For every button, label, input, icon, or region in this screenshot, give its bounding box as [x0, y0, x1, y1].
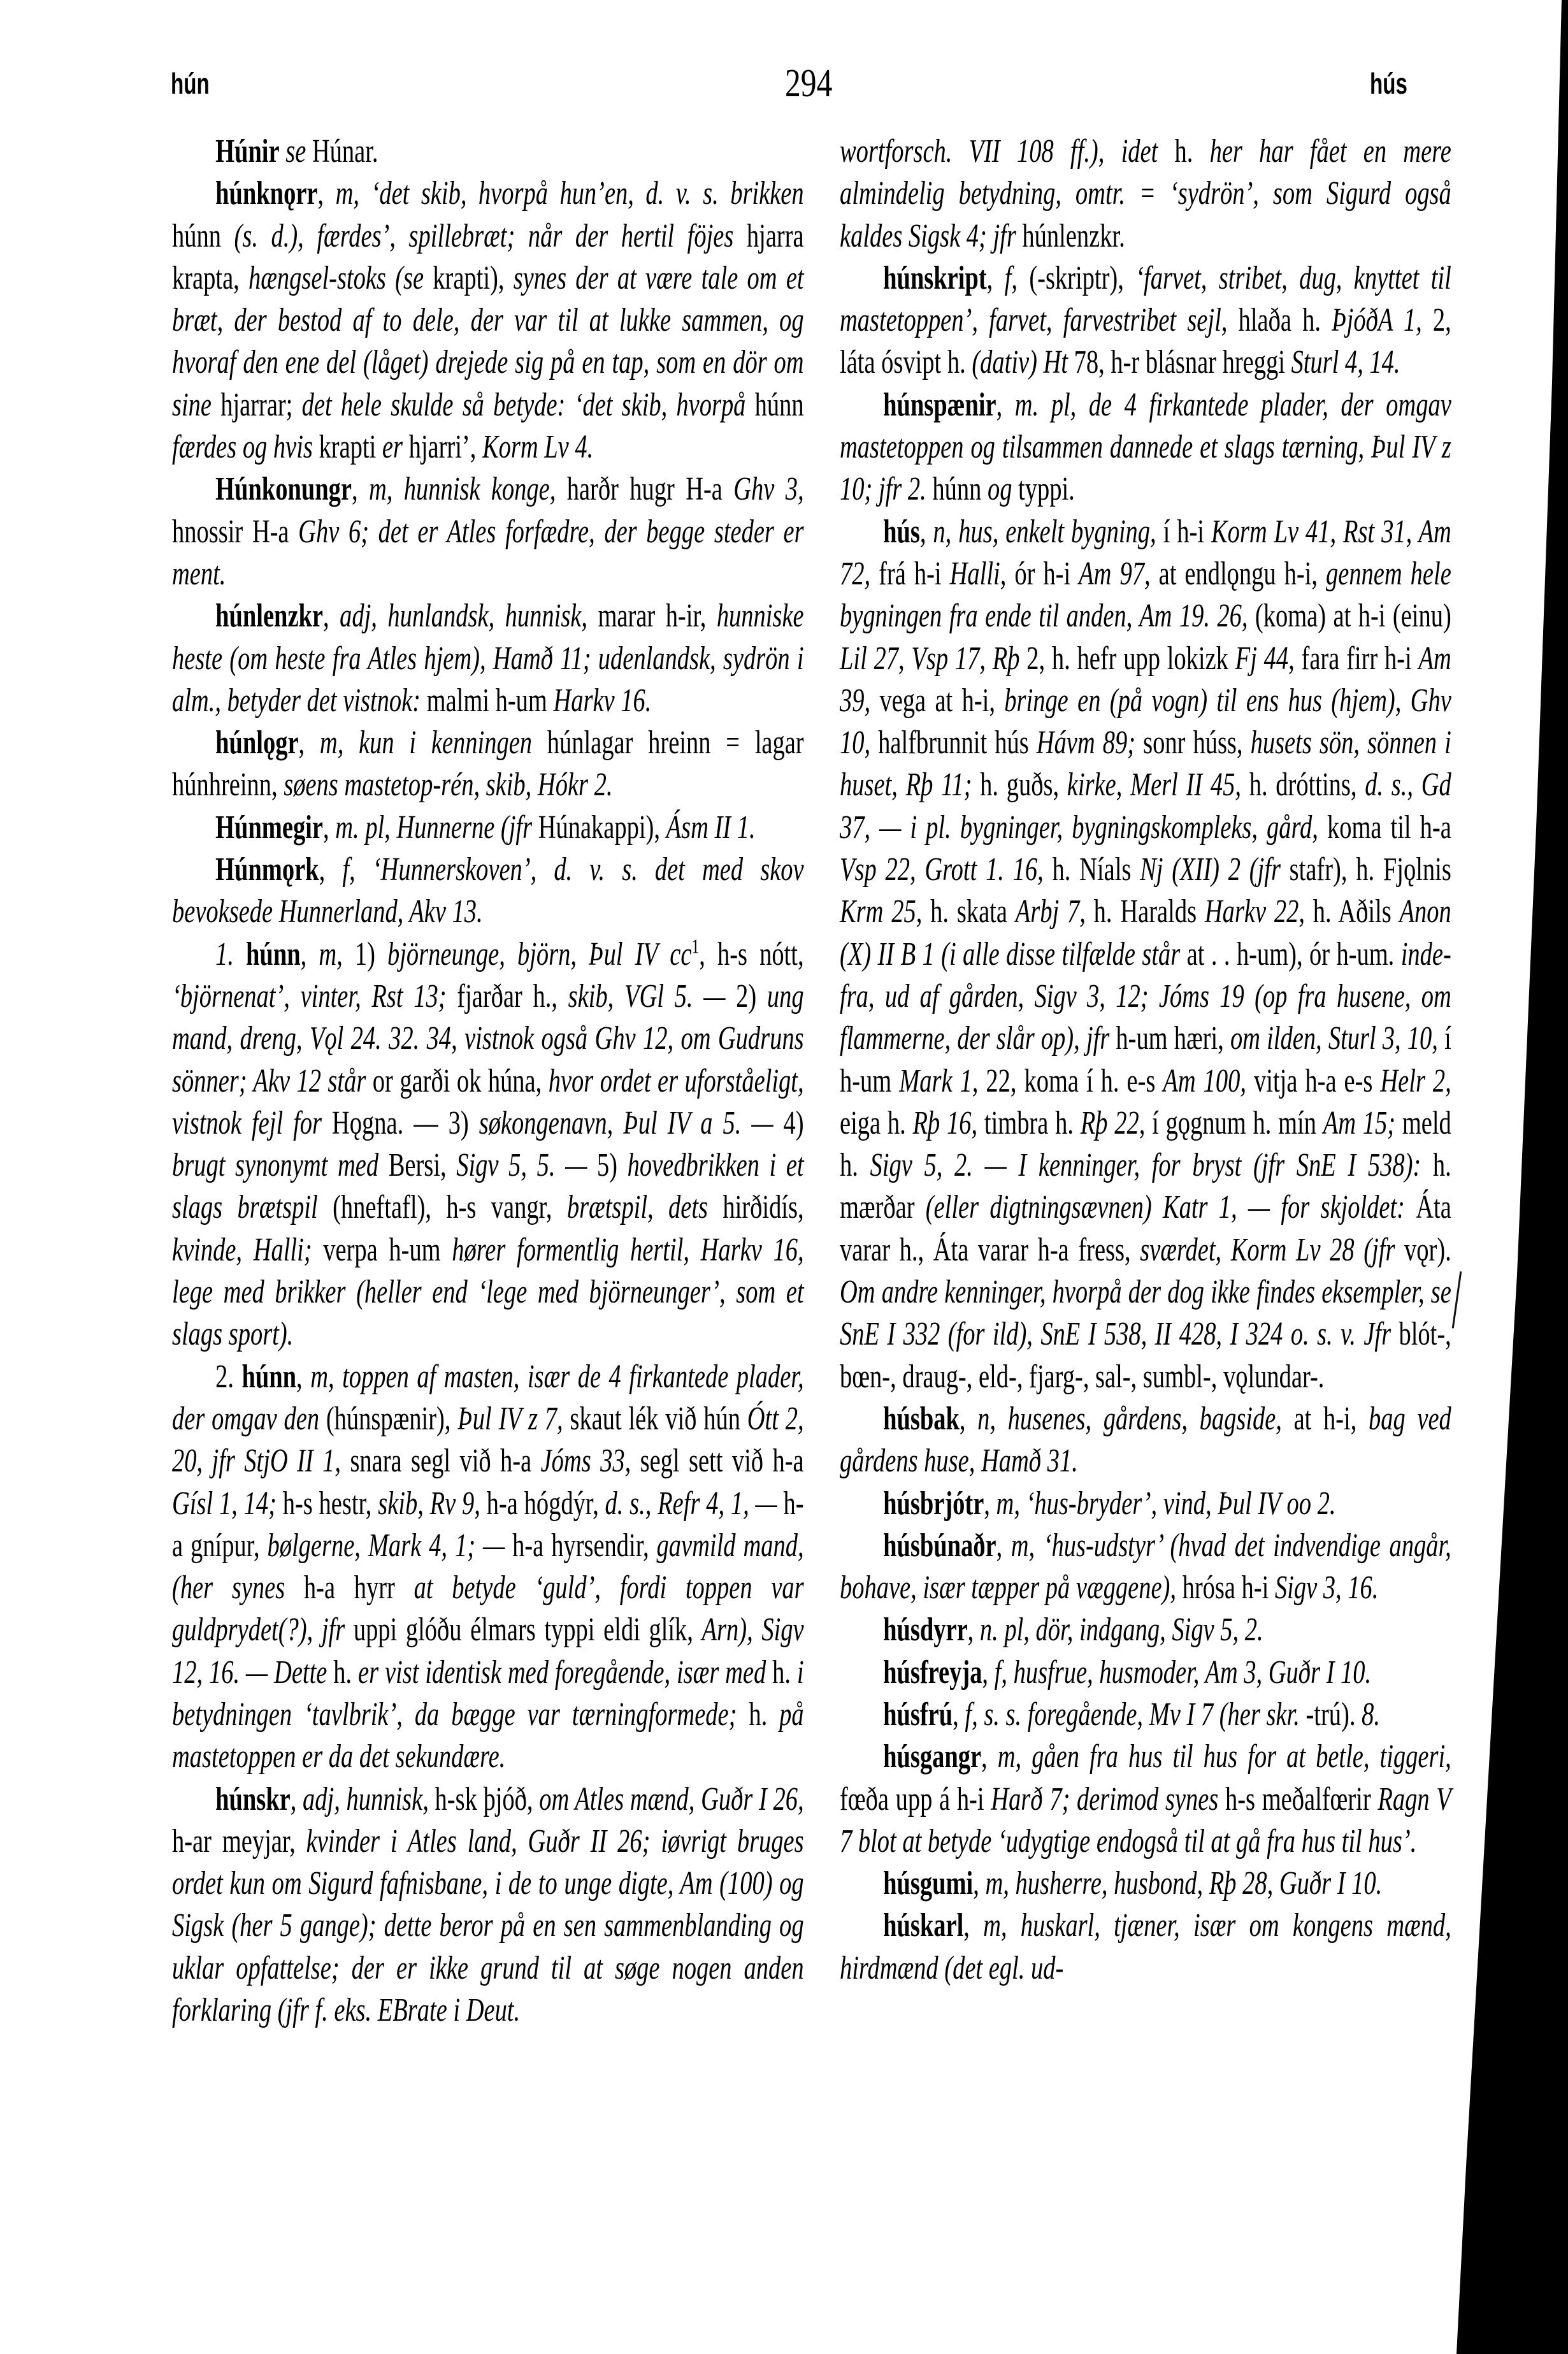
gloss-text: Rþ 22, — [1081, 1105, 1152, 1141]
citation-text: 5) — [597, 1147, 628, 1183]
gloss-text: Sigv 3, 16. — [1275, 1570, 1378, 1606]
citation-text: , — [317, 175, 335, 212]
citation-text: húnlenzkr. — [1022, 218, 1125, 254]
headword: húnspænir — [883, 387, 996, 423]
citation-text: hnossir H-a — [172, 514, 298, 550]
citation-text: , — [953, 1696, 965, 1733]
gloss-text: Krm 25, — [840, 893, 930, 930]
citation-text: verpa h-um — [323, 1232, 452, 1268]
gloss-text: er vist identisk med foregående, især me… — [358, 1654, 772, 1691]
gloss-text: (dativ) Ht — [972, 344, 1074, 380]
dictionary-entry: Húnmegir, m. pl, Hunnerne (jfr Húna­kapp… — [172, 807, 804, 849]
scan-page-edge — [1453, 0, 1568, 2354]
citation-text: , — [968, 1612, 980, 1648]
gloss-text: Am 97, — [1079, 556, 1158, 592]
citation-text: 2. — [215, 1359, 241, 1395]
gloss-text: om Atles mænd, Guðr I 26, — [539, 1781, 803, 1817]
headword: húnn — [241, 1359, 296, 1395]
gloss-text: Mark 1, — [899, 1063, 986, 1099]
headword: húsfreyja — [883, 1654, 982, 1691]
gloss-text: Nj (XII) 2 (jfr — [1140, 851, 1290, 888]
citation-text: , — [323, 598, 340, 634]
gloss-text: f, s. s. foregående, Mv I 7 (her skr. — [965, 1696, 1305, 1733]
citation-text: segl sett við h-a — [640, 1443, 804, 1479]
citation-text: h-a hyrsendir, — [512, 1527, 656, 1564]
dictionary-entry: húnlǫgr, m, kun i kenningen húnlagar hre… — [172, 722, 804, 807]
citation-text: húnn — [172, 218, 234, 254]
gloss-text: f, — [1005, 260, 1030, 296]
citation-text: sonr húss, — [1143, 725, 1250, 761]
gloss-text: 8. — [1362, 1696, 1380, 1733]
headword: Húnmǫrk — [215, 851, 319, 888]
headword: húnskr — [215, 1781, 291, 1817]
citation-text: h-ar meyjar, — [172, 1823, 306, 1859]
gloss-text: m, kun i kenningen — [320, 725, 547, 761]
headword: húnlenzkr — [215, 598, 323, 634]
gloss-text: m, — [319, 936, 355, 972]
dictionary-entry: húsgangr, m, gåen fra hus til hus for at… — [840, 1736, 1451, 1863]
citation-text: , — [323, 809, 335, 846]
left-column: Húnir se Húnar.húnknǫrr, m, ‘det skib, h… — [172, 131, 804, 2032]
citation-text: 2, h. hefr upp lokizk — [1026, 640, 1235, 677]
headword: húsbúnaðr — [883, 1527, 996, 1564]
citation-text: fjarðar h., — [457, 978, 568, 1015]
dictionary-entry: wortforsch. VII 108 ff.), idet h. her ha… — [840, 131, 1451, 257]
gloss-text: Sigv 5, 2. — I kenninger, for bryst (jfr… — [870, 1147, 1433, 1183]
gloss-text: 1. — [215, 936, 246, 972]
gloss-text: Rþ 16, — [912, 1105, 984, 1141]
citation-text: h. — [772, 1654, 797, 1691]
gloss-text: Harkv 22, — [1205, 893, 1313, 930]
citation-text: eiga h. — [840, 1105, 912, 1141]
citation-text: h-sk þjóð, — [435, 1781, 540, 1817]
citation-text: koma til h-a — [1327, 809, 1451, 846]
headword: húskarl — [883, 1907, 963, 1944]
citation-text: krapti), — [433, 260, 513, 296]
gloss-text: (s. d.), færdes’, spillebræt; når der he… — [234, 218, 747, 254]
gloss-text: hængsel-stoks (se — [248, 260, 433, 296]
gloss-text: Lil 27, Vsp 17, Rþ — [840, 640, 1026, 677]
citation-text: hirðidís, — [723, 1189, 803, 1225]
citation-text: h. dróttins, — [1249, 767, 1365, 803]
gloss-text: Am 15; — [1323, 1105, 1402, 1141]
gloss-text: Vsp 22, Grott 1. 16, — [840, 851, 1053, 888]
gloss-text: Sturl 4, 14. — [1291, 344, 1400, 380]
gloss-text: Hávm 89; — [1037, 725, 1143, 761]
gloss-text: d. s., Refr 4, 1, — — [605, 1485, 784, 1522]
gloss-text: Þul IV z 7, — [457, 1401, 570, 1437]
citation-text: skaut lék við hún — [570, 1401, 747, 1437]
superscript: 1 — [691, 934, 699, 957]
dictionary-entry: húsdyrr, n. pl, dör, indgang, Sigv 5, 2. — [840, 1609, 1451, 1651]
gloss-text: bølgerne, Mark 4, 1; — — [268, 1527, 513, 1564]
dictionary-entry: Húnmǫrk, f, ‘Hunnerskoven’, d. v. s. det… — [172, 849, 804, 934]
gloss-text: ‘björnenat’, vinter, Rst 13; — [172, 978, 457, 1015]
citation-text: h. — [749, 1696, 779, 1733]
citation-text: hrósa h-i — [1183, 1570, 1275, 1606]
citation-text: half­brunnit hús — [878, 725, 1037, 761]
right-column-text: wortforsch. VII 108 ff.), idet h. her ha… — [840, 131, 1451, 1989]
gloss-text: m, ‘det skib, hvorpå hun’en, d. v. s. br… — [336, 175, 804, 212]
gloss-text: kvinde, Halli; — [172, 1232, 323, 1268]
citation-text: at h-i, — [1294, 1401, 1369, 1437]
gloss-text: n, husenes, gårdens, bagside, — [977, 1401, 1293, 1437]
dictionary-entry: 1. húnn, m, 1) björneunge, björn, Þul IV… — [172, 934, 804, 1356]
gloss-text: Helr 2, — [1380, 1063, 1451, 1099]
gloss-text: Harð 7; derimod synes — [991, 1781, 1225, 1817]
dictionary-entry: Húnkonungr, m, hunnisk konge, harðr hugr… — [172, 468, 804, 595]
gloss-text: m, ‘hus-bryder’, vind, Þul IV oo 2. — [996, 1485, 1336, 1522]
gloss-text: se — [280, 133, 312, 170]
gloss-text: søkongenavn, Þul IV a 5. — — [479, 1105, 784, 1141]
headword: Húnmegir — [215, 809, 323, 846]
citation-text: (-skriptr), — [1029, 260, 1135, 296]
citation-text: húnn — [755, 387, 804, 423]
gloss-text: Om an­dre kenninger, hvorpå der dog ikke… — [840, 1274, 1451, 1352]
citation-text: h-um hæri, — [1116, 1020, 1230, 1057]
headword: húsbrjótr — [883, 1485, 984, 1522]
citation-text: malmi h-um — [427, 682, 554, 719]
dictionary-entry: húnknǫrr, m, ‘det skib, hvorpå hun’en, d… — [172, 173, 804, 468]
headword: húsbak — [883, 1401, 960, 1437]
citation-text: marar h-ir, — [598, 598, 716, 634]
dictionary-entry: húsfrú, f, s. s. foregående, Mv I 7 (her… — [840, 1694, 1451, 1736]
citation-text: h. guðs, — [980, 767, 1067, 803]
citation-text: vitja h-a e-s — [1254, 1063, 1380, 1099]
citation-text: , — [920, 514, 933, 550]
pencil-margin-mark — [1452, 1271, 1464, 1329]
citation-text: krapti — [319, 429, 382, 465]
citation-text: , — [973, 1865, 985, 1902]
gloss-text: Gísl 1, 14; — [172, 1485, 283, 1522]
dictionary-entry: hús, n, hus, enkelt bygning, í h-i Korm … — [840, 511, 1451, 1398]
dictionary-entry: húsfreyja, f, husfrue, husmoder, Am 3, G… — [840, 1652, 1451, 1694]
dictionary-entry: húnlenzkr, adj, hunlandsk, hunnisk, mara… — [172, 595, 804, 722]
citation-text: h. Aðils — [1313, 893, 1400, 930]
gloss-text: kirke, Merl II 45, — [1067, 767, 1249, 803]
gloss-text: n, hus, enkelt bygning, — [933, 514, 1163, 550]
headword: húsgumi — [883, 1865, 973, 1902]
gloss-text: Fj 44, — [1235, 640, 1302, 677]
headword: húnknǫrr — [215, 175, 317, 212]
dictionary-entry: húsbak, n, husenes, gårdens, bagside, at… — [840, 1398, 1451, 1483]
gloss-text: (eller digtningsævnen) Katr 1, — for skj… — [926, 1189, 1416, 1225]
gloss-text: er — [382, 429, 409, 465]
right-column: wortforsch. VII 108 ff.), idet h. her ha… — [840, 131, 1451, 1989]
citation-text: , — [299, 725, 320, 761]
gloss-text: Sigv 5, 5. — — [456, 1147, 597, 1183]
gloss-text: f, husfrue, husmoder, Am 3, Guðr I 10. — [995, 1654, 1371, 1691]
citation-text: , — [960, 1401, 977, 1437]
citation-text: frá h-i — [879, 556, 949, 592]
citation-text: Bersi, — [389, 1147, 456, 1183]
gloss-text: Jóms 33, — [541, 1443, 640, 1479]
gloss-text: ÞjóðA 1, — [1332, 302, 1433, 338]
citation-text: vega at h-i, — [879, 682, 1004, 719]
citation-text: , — [291, 1781, 303, 1817]
citation-text: , — [319, 851, 343, 888]
headword: Húnir — [215, 133, 280, 170]
citation-text: , — [982, 1654, 994, 1691]
citation-text: h-a hógdýr, — [487, 1485, 605, 1522]
citation-text: 22, koma í h. e-s — [986, 1063, 1163, 1099]
headword: húsdyrr — [883, 1612, 968, 1648]
citation-text: timbra h. — [984, 1105, 1081, 1141]
headword: húnlǫgr — [215, 725, 298, 761]
citation-text: (koma) at h-i (einu) — [1255, 598, 1451, 634]
headword: Húnkonungr — [215, 471, 352, 507]
citation-text: at . . h-um), ór h-um. — [1187, 936, 1401, 972]
gloss-text: adj, hunlandsk, hunnisk, — [340, 598, 598, 634]
citation-text: h. — [333, 1654, 358, 1691]
gloss-text: n. pl, dör, indgang, Sigv 5, 2. — [980, 1612, 1263, 1648]
citation-text: 4) — [784, 1105, 804, 1141]
gloss-text: m, husherre, husbond, Rþ 28, Guðr I 10. — [985, 1865, 1382, 1902]
citation-text: Húna­kappi), — [538, 809, 666, 846]
citation-text: ór h-i — [1014, 556, 1079, 592]
gloss-text: skib, VGl 5. — — [568, 978, 736, 1015]
gloss-text: Harkv 16. — [553, 682, 651, 719]
citation-text: , — [981, 1738, 998, 1775]
dictionary-entry: húnskr, adj, hunnisk, h-sk þjóð, om Atle… — [172, 1779, 804, 2032]
dictionary-entry: húskarl, m, huskarl, tjæner, især om kon… — [840, 1905, 1451, 1989]
citation-text: , — [996, 1527, 1011, 1564]
citation-text: , — [996, 387, 1015, 423]
citation-text: húnn — [932, 471, 988, 507]
citation-text: -trú). — [1305, 1696, 1362, 1733]
citation-text: h-s hestr, — [283, 1485, 378, 1522]
gloss-text: m, hunnisk konge, — [369, 471, 567, 507]
gloss-text: adj, hunnisk, — [303, 1781, 435, 1817]
dictionary-entry: húnspænir, m. pl, de 4 firkantede plader… — [840, 384, 1451, 511]
gloss-text: brugt synonymt med — [172, 1147, 389, 1183]
gloss-text: søens maste­top-rén, skib, Hókr 2. — [284, 767, 612, 803]
gloss-text: skib, Rv 9, — [378, 1485, 486, 1522]
citation-text: Húnar. — [312, 133, 378, 170]
dictionary-entry: húnskript, f, (-skriptr), ‘farvet, strib… — [840, 257, 1451, 384]
citation-text: hjarrar; — [220, 387, 301, 423]
citation-text: , — [352, 471, 369, 507]
citation-text: h-a hyrr — [304, 1570, 414, 1606]
citation-text: , — [301, 936, 319, 972]
left-column-text: Húnir se Húnar.húnknǫrr, m, ‘det skib, h… — [172, 131, 804, 2032]
citation-text: uppi glóðu élmars typpi eldi glík, — [354, 1612, 702, 1648]
gloss-text: om ilden, Sturl 3, 10, — [1230, 1020, 1444, 1057]
dictionary-entry: 2. húnn, m, toppen af masten, især de 4 … — [172, 1356, 804, 1779]
gloss-text: brætspil, dets — [567, 1189, 723, 1225]
citation-text: hjarri’, — [409, 429, 482, 465]
gloss-text: Korm Lv 4. — [482, 429, 593, 465]
headword: húnskript — [883, 260, 987, 296]
citation-text: h. Haralds — [1094, 893, 1205, 930]
citation-text: 78, h-r blásnar hreggi — [1074, 344, 1291, 380]
gloss-text: sværdet, Korm Lv 28 (jfr — [1140, 1232, 1404, 1268]
gloss-text: Arbj 7, — [1016, 893, 1094, 930]
gloss-text: og — [988, 471, 1018, 507]
citation-text: (húnspænir), — [326, 1401, 457, 1437]
citation-text: h. Níals — [1053, 851, 1140, 888]
citation-text: h. skata — [930, 893, 1016, 930]
gloss-text: wortforsch. VII 108 ff.), idet — [840, 133, 1175, 170]
citation-text: hlaða h. — [1239, 302, 1332, 338]
citation-text: 1) — [355, 936, 387, 972]
headword: húsgangr — [883, 1738, 981, 1775]
citation-text: , — [987, 260, 1005, 296]
dictionary-entry: húsgumi, m, husherre, husbond, Rþ 28, Gu… — [840, 1863, 1451, 1905]
gloss-text: björneunge, björn, Þul IV cc — [387, 936, 691, 972]
citation-text: , h-s nótt, — [699, 936, 803, 972]
citation-text: h. — [1175, 133, 1210, 170]
citation-text: , — [963, 1907, 983, 1944]
dictionary-entry: Húnir se Húnar. — [172, 131, 804, 173]
citation-text: fœða upp á h-i — [840, 1781, 991, 1817]
citation-text: Hǫgna. — 3) — [332, 1105, 479, 1141]
citation-text: (hnef­tafl), h-s vangr, — [333, 1189, 567, 1225]
headword: húsfrú — [883, 1696, 953, 1733]
citation-text: í gǫgnum h. mín — [1152, 1105, 1323, 1141]
citation-text: vǫr). — [1404, 1232, 1451, 1268]
citation-text: stafr), h. Fjǫlnis — [1290, 851, 1451, 888]
gloss-text: Am 100, — [1163, 1063, 1254, 1099]
left-guideword: hún — [171, 66, 210, 101]
citation-text: or garði ok húna, — [373, 1063, 549, 1099]
running-head: hún 294 hús — [0, 59, 1568, 103]
citation-text: typpi. — [1018, 471, 1075, 507]
citation-text: í h-i — [1163, 514, 1211, 550]
citation-text: h-s meðalfœrir — [1225, 1781, 1377, 1817]
citation-text: harðr hugr H-a — [567, 471, 734, 507]
gloss-text: m. pl, Hunnerne (jfr — [335, 809, 538, 846]
citation-text: snara segl við h-a — [350, 1443, 540, 1479]
headword: húnn — [246, 936, 301, 972]
citation-text: fara firr h-i — [1302, 640, 1419, 677]
right-guideword: hús — [1370, 66, 1407, 101]
gloss-text: Ásm II 1. — [666, 809, 756, 846]
page-number: 294 — [785, 61, 832, 106]
dictionary-entry: húsbúnaðr, m, ‘hus-udstyr’ (hvad det ind… — [840, 1525, 1451, 1610]
gloss-text: m, gåen fra hus til hus for at betle, ti… — [998, 1738, 1451, 1775]
citation-text: , — [984, 1485, 996, 1522]
citation-text: 2) — [736, 978, 767, 1015]
gloss-text: Ghv 3, — [733, 471, 803, 507]
citation-text: , — [296, 1359, 310, 1395]
dictionary-entry: húsbrjótr, m, ‘hus-bryder’, vind, Þul IV… — [840, 1483, 1451, 1525]
gloss-text: færdes og hvis — [172, 429, 319, 465]
headword: hús — [883, 514, 920, 550]
citation-text: at endlǫngu h-i, — [1159, 556, 1326, 592]
gloss-text: Halli, — [950, 556, 1015, 592]
gloss-text: det hele skulde så betyde: ‘det skib, hv… — [302, 387, 755, 423]
